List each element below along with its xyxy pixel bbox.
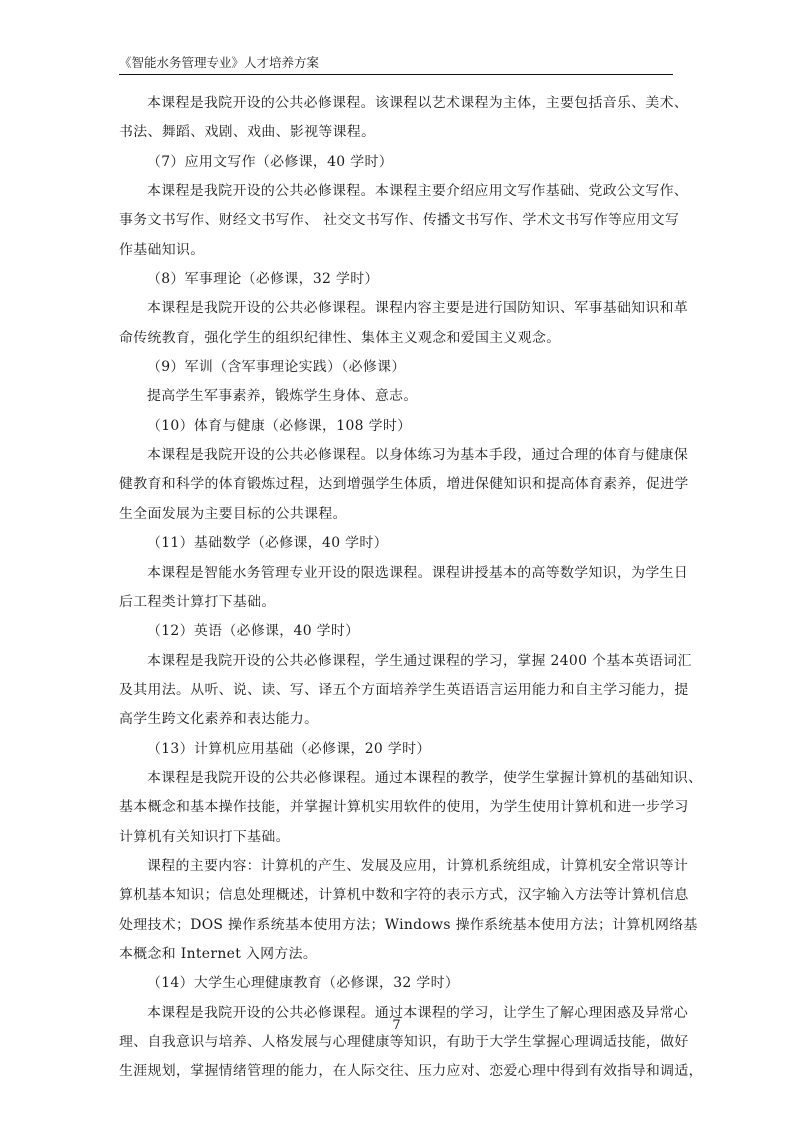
running-header: 《智能水务管理专业》人才培养方案 [119,52,673,74]
body-text-line: 计算机有关知识打下基础。 [119,826,673,855]
body-text-line: 基本概念和基本操作技能，并掌握计算机实用软件的使用，为学生使用计算机和进一步学习 [119,796,673,825]
body-text-line: 作基础知识。 [119,239,673,268]
document-title: 《智能水务管理专业》人才培养方案 [119,55,319,70]
body-text-line: 本课程是我院开设的公共必修课程。课程内容主要是进行国防知识、军事基础知识和革 [119,297,673,326]
section-heading: （14）大学生心理健康教育（必修课，32 学时） [119,972,673,1001]
page-number: 7 [0,1017,793,1035]
header-divider [119,74,673,75]
section-heading: （11）基础数学（必修课，40 学时） [119,532,673,561]
section-heading: （7）应用文写作（必修课，40 学时） [119,151,673,180]
body-text-line: 处理技术；DOS 操作系统基本使用方法；Windows 操作系统基本使用方法；计… [119,914,673,943]
body-text-line: 健教育和科学的体育锻炼过程，达到增强学生体质，增进保健知识和提高体育素养，促进学 [119,473,673,502]
section-heading: （10）体育与健康（必修课，108 学时） [119,415,673,444]
body-text-line: 提高学生军事素养，锻炼学生身体、意志。 [119,385,673,414]
body-text-line: 高学生跨文化素养和表达能力。 [119,708,673,737]
body-text-line: 本课程是我院开设的公共必修课程。以身体练习为基本手段，通过合理的体育与健康保 [119,444,673,473]
body-text-line: 及其用法。从听、说、读、写、译五个方面培养学生英语语言运用能力和自主学习能力，提 [119,679,673,708]
body-text-line: 本课程是我院开设的公共必修课程。该课程以艺术课程为主体，主要包括音乐、美术、 [119,92,673,121]
body-text-line: 生全面发展为主要目标的公共课程。 [119,503,673,532]
body-text-line: 算机基本知识；信息处理概述，计算机中数和字符的表示方式，汉字输入方法等计算机信息 [119,884,673,913]
body-text-line: 本课程是我院开设的公共必修课程。本课程主要介绍应用文写作基础、党政公文写作、 [119,180,673,209]
body-text-line: 课程的主要内容：计算机的产生、发展及应用，计算机系统组成，计算机安全常识等计 [119,855,673,884]
body-text-line: 理、自我意识与培养、人格发展与心理健康等知识，有助于大学生掌握心理调适技能，做好 [119,1031,673,1060]
section-heading: （8）军事理论（必修课，32 学时） [119,268,673,297]
body-text-line: 本课程是智能水务管理专业开设的限选课程。课程讲授基本的高等数学知识，为学生日 [119,562,673,591]
body-text-line: 生涯规划，掌握情绪管理的能力，在人际交往、压力应对、恋爱心理中得到有效指导和调适… [119,1060,673,1089]
document-body: 本课程是我院开设的公共必修课程。该课程以艺术课程为主体，主要包括音乐、美术、书法… [119,92,673,1090]
body-text-line: 本课程是我院开设的公共必修课程。通过本课程的教学，使学生掌握计算机的基础知识、 [119,767,673,796]
section-heading: （12）英语（必修课，40 学时） [119,620,673,649]
body-text-line: 命传统教育，强化学生的组织纪律性、集体主义观念和爱国主义观念。 [119,327,673,356]
section-heading: （13）计算机应用基础（必修课，20 学时） [119,738,673,767]
body-text-line: 书法、舞蹈、戏剧、戏曲、影视等课程。 [119,121,673,150]
body-text-line: 后工程类计算打下基础。 [119,591,673,620]
section-heading: （9）军训（含军事理论实践）（必修课） [119,356,673,385]
body-text-line: 事务文书写作、财经文书写作、 社交文书写作、传播文书写作、学术文书写作等应用文写 [119,209,673,238]
body-text-line: 本课程是我院开设的公共必修课程，学生通过课程的学习，掌握 2400 个基本英语词… [119,650,673,679]
body-text-line: 本概念和 Internet 入网方法。 [119,943,673,972]
